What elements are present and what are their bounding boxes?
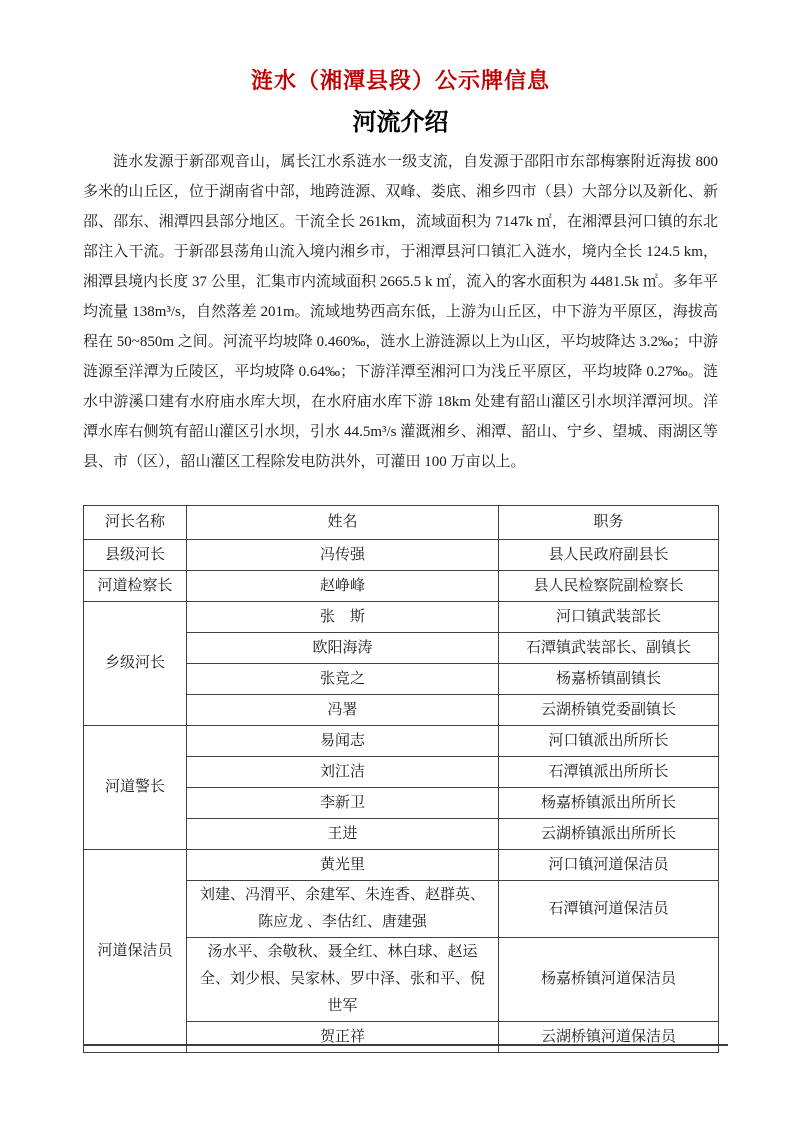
person-name-cell: 刘建、冯渭平、余建军、朱连香、赵群英、陈应龙 、李估红、唐建强: [187, 881, 499, 938]
person-name-cell: 黄光里: [187, 850, 499, 881]
river-introduction-paragraph: 涟水发源于新邵观音山，属长江水系涟水一级支流，自发源于邵阳市东部梅寨附近海拔 8…: [83, 147, 718, 477]
duty-cell: 石潭镇武装部长、副镇长: [499, 633, 719, 664]
chief-type-cell: 河道保洁员: [84, 850, 187, 1053]
table-row: 县级河长冯传强县人民政府副县长: [84, 540, 719, 571]
duty-cell: 云湖桥镇党委副镇长: [499, 695, 719, 726]
person-name-cell: 李新卫: [187, 788, 499, 819]
table-body: 县级河长冯传强县人民政府副县长河道检察长赵峥峰县人民检察院副检察长乡级河长张 斯…: [84, 540, 719, 1053]
col-header-chief-name: 河长名称: [84, 506, 187, 540]
duty-cell: 石潭镇河道保洁员: [499, 881, 719, 938]
col-header-person-name: 姓名: [187, 506, 499, 540]
person-name-cell: 汤水平、余敬秋、聂全红、林白球、赵运全、刘少根、吴家林、罗中泽、张和平、倪世军: [187, 938, 499, 1022]
duty-cell: 杨嘉桥镇副镇长: [499, 664, 719, 695]
duty-cell: 河口镇河道保洁员: [499, 850, 719, 881]
chief-type-cell: 县级河长: [84, 540, 187, 571]
person-name-cell: 贺正祥: [187, 1022, 499, 1053]
river-chief-table: 河长名称 姓名 职务 县级河长冯传强县人民政府副县长河道检察长赵峥峰县人民检察院…: [83, 505, 719, 1053]
page-title: 涟水（湘潭县段）公示牌信息: [83, 64, 718, 95]
duty-cell: 河口镇派出所所长: [499, 726, 719, 757]
chief-type-cell: 河道警长: [84, 726, 187, 850]
table-row: 乡级河长张 斯河口镇武装部长: [84, 602, 719, 633]
person-name-cell: 赵峥峰: [187, 571, 499, 602]
person-name-cell: 刘江洁: [187, 757, 499, 788]
table-header: 河长名称 姓名 职务: [84, 506, 719, 540]
person-name-cell: 张竞之: [187, 664, 499, 695]
table-row: 河道警长易闻志河口镇派出所所长: [84, 726, 719, 757]
duty-cell: 云湖桥镇河道保洁员: [499, 1022, 719, 1053]
duty-cell: 杨嘉桥镇河道保洁员: [499, 938, 719, 1022]
section-title: 河流介绍: [83, 102, 718, 137]
duty-cell: 河口镇武装部长: [499, 602, 719, 633]
chief-type-cell: 乡级河长: [84, 602, 187, 726]
document-page: 涟水（湘潭县段）公示牌信息 河流介绍 涟水发源于新邵观音山，属长江水系涟水一级支…: [0, 0, 800, 1131]
table-header-row: 河长名称 姓名 职务: [84, 506, 719, 540]
person-name-cell: 冯署: [187, 695, 499, 726]
person-name-cell: 欧阳海涛: [187, 633, 499, 664]
chief-type-cell: 河道检察长: [84, 571, 187, 602]
person-name-cell: 王进: [187, 819, 499, 850]
duty-cell: 云湖桥镇派出所所长: [499, 819, 719, 850]
person-name-cell: 张 斯: [187, 602, 499, 633]
duty-cell: 县人民政府副县长: [499, 540, 719, 571]
table-row: 河道保洁员黄光里河口镇河道保洁员: [84, 850, 719, 881]
duty-cell: 杨嘉桥镇派出所所长: [499, 788, 719, 819]
table-row: 河道检察长赵峥峰县人民检察院副检察长: [84, 571, 719, 602]
col-header-duty: 职务: [499, 506, 719, 540]
footer-divider: [83, 1044, 728, 1046]
person-name-cell: 冯传强: [187, 540, 499, 571]
duty-cell: 石潭镇派出所所长: [499, 757, 719, 788]
duty-cell: 县人民检察院副检察长: [499, 571, 719, 602]
person-name-cell: 易闻志: [187, 726, 499, 757]
